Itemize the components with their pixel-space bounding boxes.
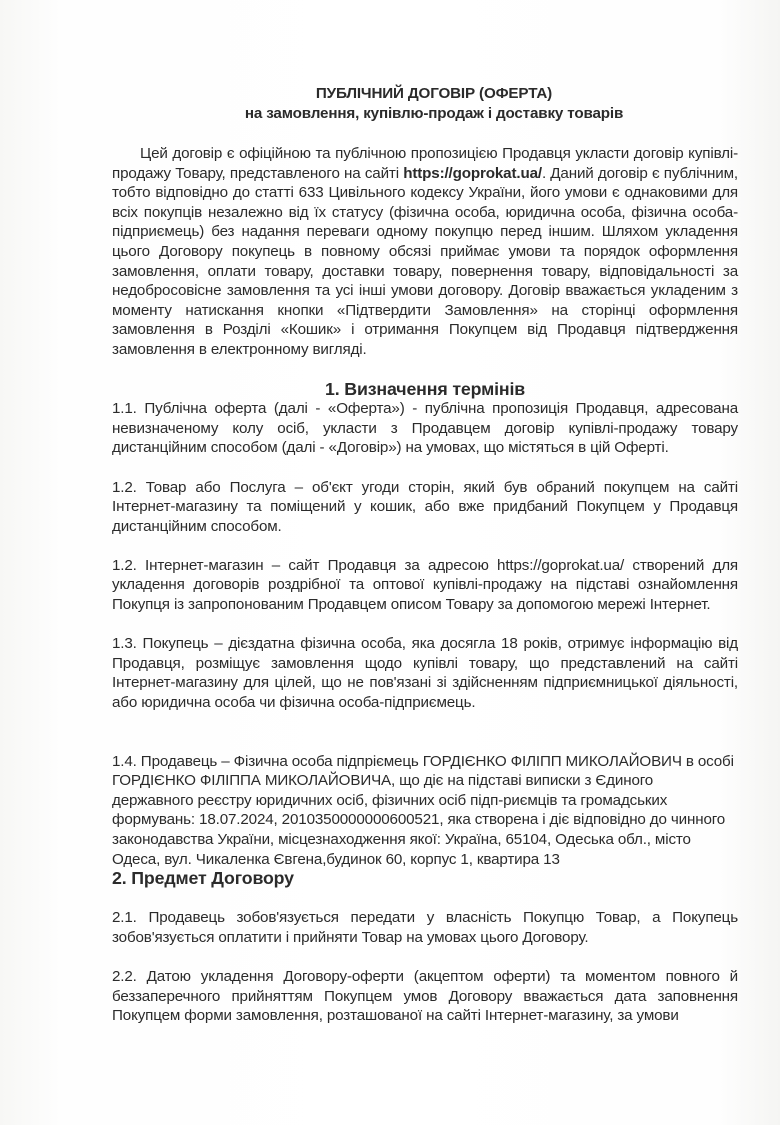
clause-1-1: 1.1. Публічна оферта (далі - «Оферта») -… [112,399,738,458]
document-subtitle: на замовлення, купівлю-продаж і доставку… [112,104,738,124]
site-link[interactable]: https://goprokat.ua/ [403,165,542,182]
document-body: ПУБЛІЧНИЙ ДОГОВІР (ОФЕРТА) на замовлення… [112,84,738,1026]
clause-2-1: 2.1. Продавець зобов'язується передати у… [112,908,738,947]
clause-1-4: 1.4. Продавець – Фізична особа підпрієме… [112,752,738,870]
document-title: ПУБЛІЧНИЙ ДОГОВІР (ОФЕРТА) [112,84,738,104]
section-heading-subject: 2. Предмет Договору [112,869,738,889]
clause-1-2-online-store: 1.2. Інтернет-магазин – сайт Продавця за… [112,556,738,615]
document-page: ПУБЛІЧНИЙ ДОГОВІР (ОФЕРТА) на замовлення… [0,0,780,1125]
intro-text-end: . Даний договір є публічним, тобто відпо… [112,165,738,358]
clause-1-2-goods: 1.2. Товар або Послуга – об'єкт угоди ст… [112,478,738,537]
clause-2-2: 2.2. Датою укладення Договору-оферти (ак… [112,967,738,1026]
section-heading-definitions: 1. Визначення термінів [112,380,738,400]
clause-1-3: 1.3. Покупець – дієздатна фізична особа,… [112,634,738,712]
intro-paragraph: Цей договір є офіційною та публічною про… [112,144,738,360]
